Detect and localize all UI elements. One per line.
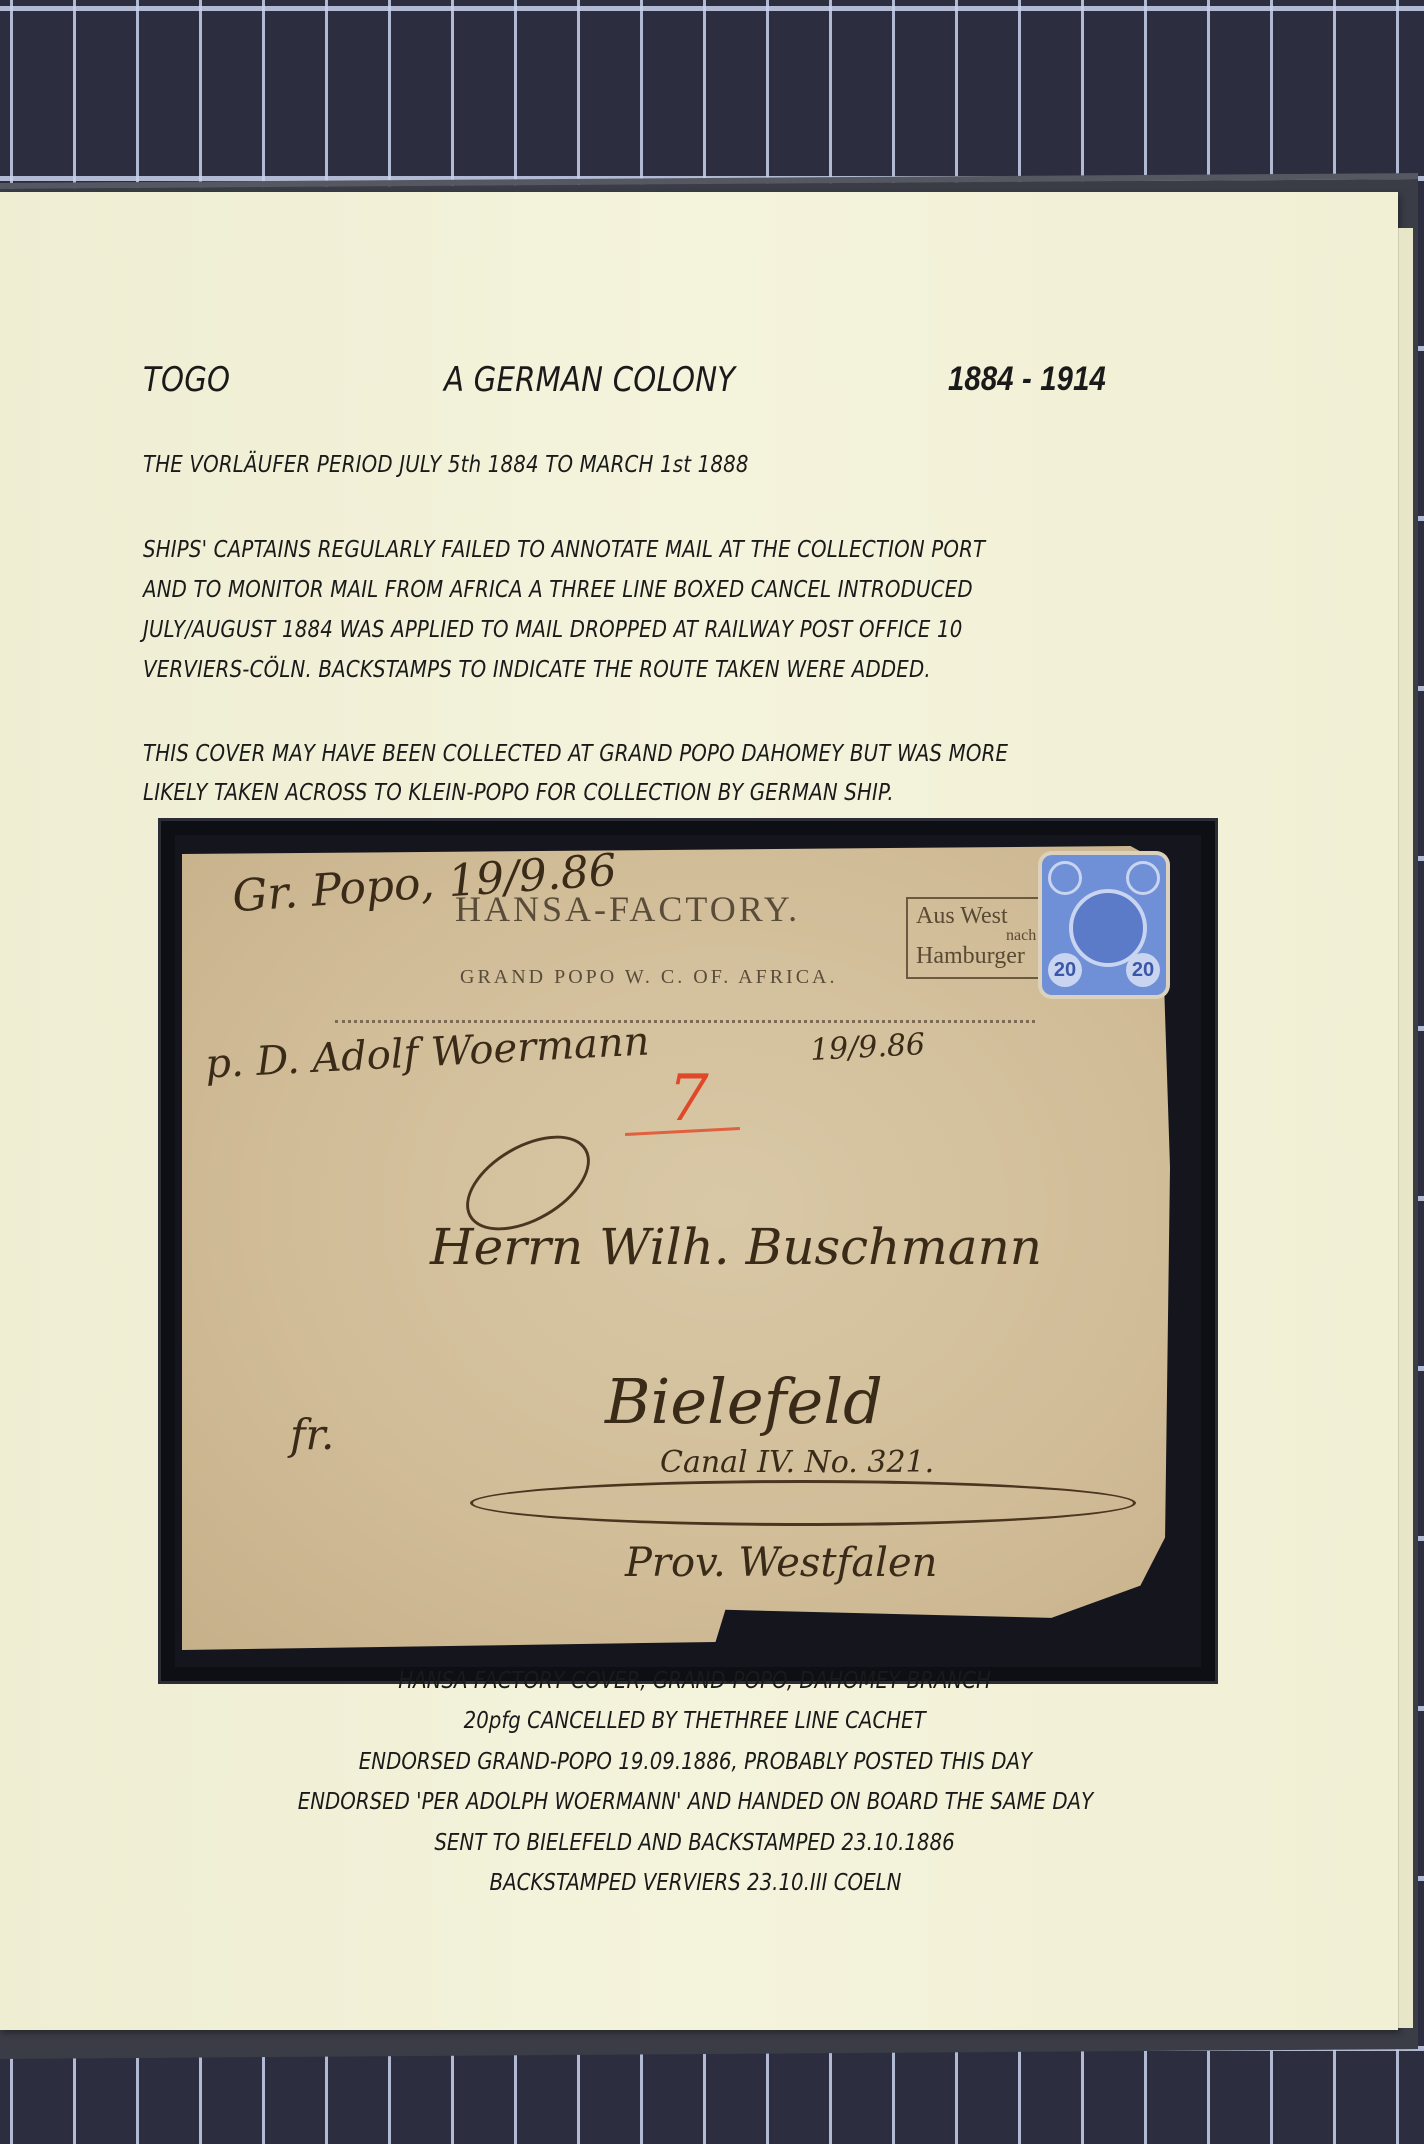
three-line-boxed-cachet: Aus West nach Hamburger bbox=[906, 897, 1046, 979]
ship-date: 19/9.86 bbox=[809, 1027, 926, 1068]
caption-line-1: HANSA FACTORY COVER, GRAND-POPO, DAHOMEY… bbox=[0, 1668, 1390, 1694]
colony-heading: A GERMAN COLONY bbox=[444, 360, 735, 400]
caption-line-4: ENDORSED 'PER ADOLPH WOERMANN' AND HANDE… bbox=[0, 1789, 1390, 1815]
caption-line-6: BACKSTAMPED VERVIERS 23.10.III COELN bbox=[0, 1870, 1390, 1896]
underline-flourish bbox=[470, 1480, 1136, 1526]
stamp-value-left: 20 bbox=[1048, 953, 1082, 987]
printed-rule bbox=[335, 1020, 1035, 1023]
cachet-line-2: nach bbox=[916, 929, 1036, 943]
red-crayon-mark: 7 bbox=[668, 1062, 709, 1136]
stamp-rosette-icon bbox=[1048, 861, 1082, 895]
paragraph-1-line-4: VERVIERS-CÖLN. BACKSTAMPS TO INDICATE TH… bbox=[143, 650, 931, 690]
page-edge bbox=[1398, 228, 1413, 2028]
caption-line-5: SENT TO BIELEFELD AND BACKSTAMPED 23.10.… bbox=[0, 1830, 1390, 1856]
paragraph-1-line-1: SHIPS' CAPTAINS REGULARLY FAILED TO ANNO… bbox=[143, 530, 985, 570]
postage-stamp: 20 20 bbox=[1042, 855, 1166, 995]
addressee: Herrn Wilh. Buschmann bbox=[430, 1218, 1042, 1276]
paragraph-1-line-2: AND TO MONITOR MAIL FROM AFRICA A THREE … bbox=[143, 570, 973, 610]
cachet-line-3: Hamburger bbox=[916, 943, 1036, 969]
stamp-rosette-icon bbox=[1126, 861, 1160, 895]
years-heading: 1884 - 1914 bbox=[948, 360, 1106, 399]
city: Bielefeld bbox=[605, 1365, 883, 1438]
cachet-line-1: Aus West bbox=[916, 903, 1036, 929]
printed-heading: HANSA-FACTORY. bbox=[455, 888, 800, 930]
stamp-value-right: 20 bbox=[1126, 953, 1160, 987]
caption-line-3: ENDORSED GRAND-POPO 19.09.1886, PROBABLY… bbox=[0, 1749, 1390, 1775]
printed-address: GRAND POPO W. C. OF. AFRICA. bbox=[460, 966, 837, 989]
paragraph-2-line-2: LIKELY TAKEN ACROSS TO KLEIN-POPO FOR CO… bbox=[143, 773, 894, 813]
paragraph-2-line-1: THIS COVER MAY HAVE BEEN COLLECTED AT GR… bbox=[143, 734, 1008, 774]
franco-mark: fr. bbox=[290, 1410, 334, 1459]
country-heading: TOGO bbox=[143, 360, 230, 400]
period-line: THE VORLÄUFER PERIOD JULY 5th 1884 TO MA… bbox=[143, 452, 749, 478]
caption-line-2: 20pfg CANCELLED BY THETHREE LINE CACHET bbox=[0, 1708, 1390, 1734]
street-address: Canal IV. No. 321. bbox=[660, 1445, 934, 1480]
paragraph-1-line-3: JULY/AUGUST 1884 WAS APPLIED TO MAIL DRO… bbox=[143, 610, 962, 650]
region: Prov. Westfalen bbox=[625, 1540, 937, 1586]
